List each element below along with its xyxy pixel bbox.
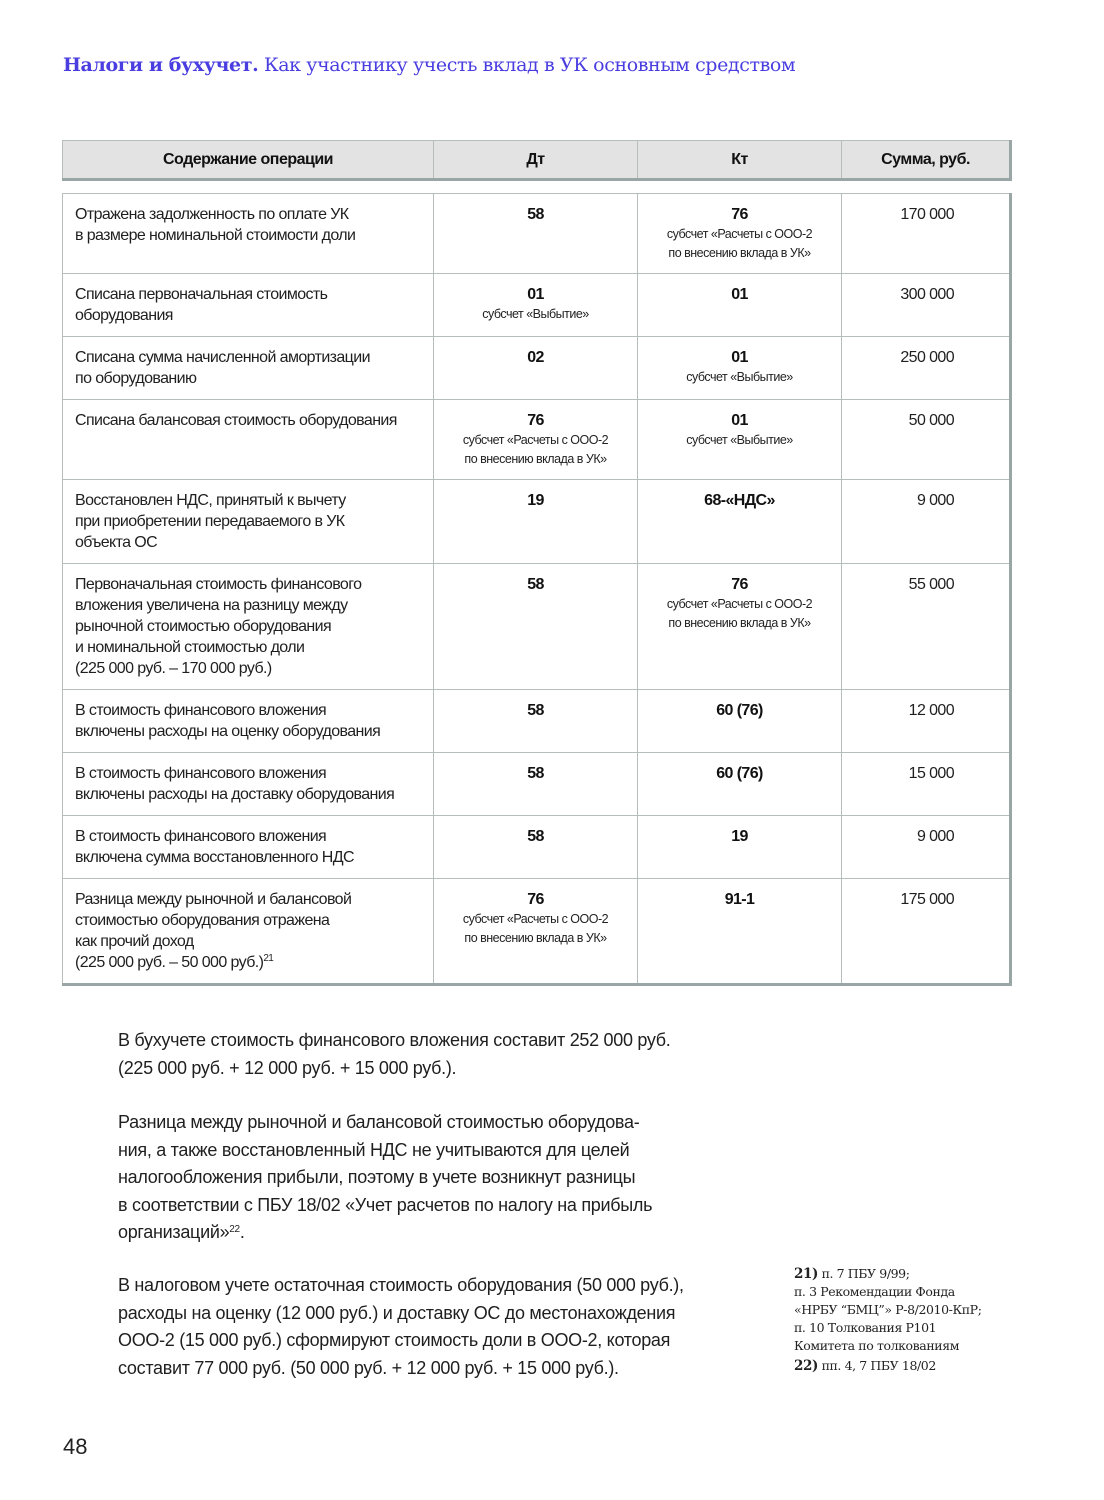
debit-cell: 58 [434, 753, 638, 816]
header-amount: Сумма, руб. [842, 141, 1011, 180]
debit-cell: 58 [434, 690, 638, 753]
table-row: Списана балансовая стоимость оборудовани… [63, 400, 1011, 480]
debit-account-code: 58 [446, 763, 625, 784]
footnote-ref-22[interactable]: 22 [229, 1224, 240, 1235]
debit-account-code: 19 [446, 490, 625, 511]
footnote-text: пп. 4, 7 ПБУ 18/02 [822, 1358, 936, 1373]
table-row: В стоимость финансового вложения включен… [63, 816, 1011, 879]
credit-subaccount: субсчет «Расчеты с ООО-2 по внесению вкл… [650, 225, 829, 263]
operation-text: Списана сумма начисленной амортизации по… [75, 349, 370, 387]
amount-cell: 250 000 [842, 337, 1011, 400]
amount-cell: 15 000 [842, 753, 1011, 816]
table-row: Списана сумма начисленной амортизации по… [63, 337, 1011, 400]
table-header: Содержание операции Дт Кт Сумма, руб. [62, 140, 1012, 181]
amount-cell: 170 000 [842, 194, 1011, 274]
operation-text: В стоимость финансового вложения включен… [75, 828, 354, 866]
debit-cell: 76субсчет «Расчеты с ООО-2 по внесению в… [434, 879, 638, 985]
debit-account-code: 02 [446, 347, 625, 368]
operation-text: В стоимость финансового вложения включен… [75, 702, 380, 740]
credit-subaccount: субсчет «Выбытие» [650, 368, 829, 387]
table-row: Разница между рыночной и балансовой стои… [63, 879, 1011, 985]
paragraph-accounting-value: В бухучете стоимость финансового вложени… [118, 1027, 758, 1082]
credit-cell: 76субсчет «Расчеты с ООО-2 по внесению в… [638, 564, 842, 690]
operation-cell: Списана балансовая стоимость оборудовани… [63, 400, 434, 480]
credit-account-code: 60 (76) [650, 700, 829, 721]
credit-account-code: 91-1 [650, 889, 829, 910]
credit-cell: 60 (76) [638, 690, 842, 753]
credit-account-code: 76 [650, 204, 829, 225]
footnote-number: 21) [794, 1266, 818, 1282]
debit-account-code: 58 [446, 574, 625, 595]
debit-cell: 76субсчет «Расчеты с ООО-2 по внесению в… [434, 400, 638, 480]
postings-table: Содержание операции Дт Кт Сумма, руб. От… [62, 140, 1012, 986]
paragraph-tax-differences: Разница между рыночной и балансовой стои… [118, 1109, 758, 1247]
amount-cell: 300 000 [842, 274, 1011, 337]
footnote-ref[interactable]: 21 [263, 953, 273, 964]
operation-cell: Восстановлен НДС, принятый к вычету при … [63, 480, 434, 564]
credit-cell: 01 [638, 274, 842, 337]
header-operation: Содержание операции [63, 141, 434, 180]
operation-text: Отражена задолженность по оплате УК в ра… [75, 206, 355, 244]
credit-account-code: 01 [650, 410, 829, 431]
amount-cell: 175 000 [842, 879, 1011, 985]
table-row: Списана первоначальная стоимость оборудо… [63, 274, 1011, 337]
credit-account-code: 19 [650, 826, 829, 847]
amount-cell: 9 000 [842, 480, 1011, 564]
credit-account-code: 60 (76) [650, 763, 829, 784]
amount-cell: 50 000 [842, 400, 1011, 480]
amount-cell: 12 000 [842, 690, 1011, 753]
table-row: Первоначальная стоимость финансового вло… [63, 564, 1011, 690]
footnote-text: п. 7 ПБУ 9/99; п. 3 Рекомендации Фонда «… [794, 1266, 982, 1353]
table-row: В стоимость финансового вложения включен… [63, 690, 1011, 753]
operation-text: Списана первоначальная стоимость оборудо… [75, 286, 327, 324]
paragraph-tail: . [240, 1222, 245, 1242]
debit-cell: 58 [434, 816, 638, 879]
paragraph-tax-differences-text: Разница между рыночной и балансовой стои… [118, 1112, 652, 1242]
table-body: Отражена задолженность по оплате УК в ра… [62, 193, 1012, 986]
running-head: Налоги и бухучет. Как участнику учесть в… [63, 54, 795, 76]
debit-subaccount: субсчет «Расчеты с ООО-2 по внесению вкл… [446, 431, 625, 469]
debit-subaccount: субсчет «Выбытие» [446, 305, 625, 324]
debit-subaccount: субсчет «Расчеты с ООО-2 по внесению вкл… [446, 910, 625, 948]
credit-cell: 01субсчет «Выбытие» [638, 400, 842, 480]
debit-cell: 58 [434, 564, 638, 690]
table-row: Отражена задолженность по оплате УК в ра… [63, 194, 1011, 274]
credit-cell: 76субсчет «Расчеты с ООО-2 по внесению в… [638, 194, 842, 274]
operation-text: В стоимость финансового вложения включен… [75, 765, 394, 803]
table-row: В стоимость финансового вложения включен… [63, 753, 1011, 816]
operation-cell: В стоимость финансового вложения включен… [63, 753, 434, 816]
paragraph-tax-accounting: В налоговом учете остаточная стоимость о… [118, 1272, 758, 1382]
credit-cell: 60 (76) [638, 753, 842, 816]
debit-account-code: 58 [446, 700, 625, 721]
debit-account-code: 01 [446, 284, 625, 305]
header-debit: Дт [434, 141, 638, 180]
debit-cell: 19 [434, 480, 638, 564]
amount-cell: 55 000 [842, 564, 1011, 690]
footnotes: 21) п. 7 ПБУ 9/99; п. 3 Рекомендации Фон… [794, 1265, 1014, 1377]
operation-text: Списана балансовая стоимость оборудовани… [75, 412, 397, 429]
credit-account-code: 01 [650, 347, 829, 368]
running-head-section: Налоги и бухучет. [63, 54, 258, 76]
credit-subaccount: субсчет «Выбытие» [650, 431, 829, 450]
operation-cell: Списана сумма начисленной амортизации по… [63, 337, 434, 400]
operation-cell: Первоначальная стоимость финансового вло… [63, 564, 434, 690]
operation-text: Первоначальная стоимость финансового вло… [75, 576, 361, 677]
credit-account-code: 76 [650, 574, 829, 595]
operation-cell: В стоимость финансового вложения включен… [63, 690, 434, 753]
debit-account-code: 76 [446, 889, 625, 910]
credit-subaccount: субсчет «Расчеты с ООО-2 по внесению вкл… [650, 595, 829, 633]
credit-cell: 91-1 [638, 879, 842, 985]
credit-account-code: 01 [650, 284, 829, 305]
credit-cell: 68-«НДС» [638, 480, 842, 564]
debit-cell: 58 [434, 194, 638, 274]
credit-cell: 01субсчет «Выбытие» [638, 337, 842, 400]
operation-cell: В стоимость финансового вложения включен… [63, 816, 434, 879]
debit-account-code: 76 [446, 410, 625, 431]
debit-account-code: 58 [446, 204, 625, 225]
operation-cell: Списана первоначальная стоимость оборудо… [63, 274, 434, 337]
operation-cell: Разница между рыночной и балансовой стои… [63, 879, 434, 985]
debit-cell: 02 [434, 337, 638, 400]
table-row: Восстановлен НДС, принятый к вычету при … [63, 480, 1011, 564]
header-credit: Кт [638, 141, 842, 180]
credit-account-code: 68-«НДС» [650, 490, 829, 511]
operation-cell: Отражена задолженность по оплате УК в ра… [63, 194, 434, 274]
debit-cell: 01субсчет «Выбытие» [434, 274, 638, 337]
debit-account-code: 58 [446, 826, 625, 847]
credit-cell: 19 [638, 816, 842, 879]
amount-cell: 9 000 [842, 816, 1011, 879]
footnote-number: 22) [794, 1358, 818, 1374]
page-number: 48 [63, 1434, 87, 1460]
footnote-22: 22) пп. 4, 7 ПБУ 18/02 [794, 1357, 1014, 1375]
operation-text: Восстановлен НДС, принятый к вычету при … [75, 492, 346, 551]
operation-text: Разница между рыночной и балансовой стои… [75, 891, 351, 971]
running-head-title: Как участнику учесть вклад в УК основным… [264, 54, 795, 76]
footnote-21: 21) п. 7 ПБУ 9/99; п. 3 Рекомендации Фон… [794, 1265, 1014, 1355]
